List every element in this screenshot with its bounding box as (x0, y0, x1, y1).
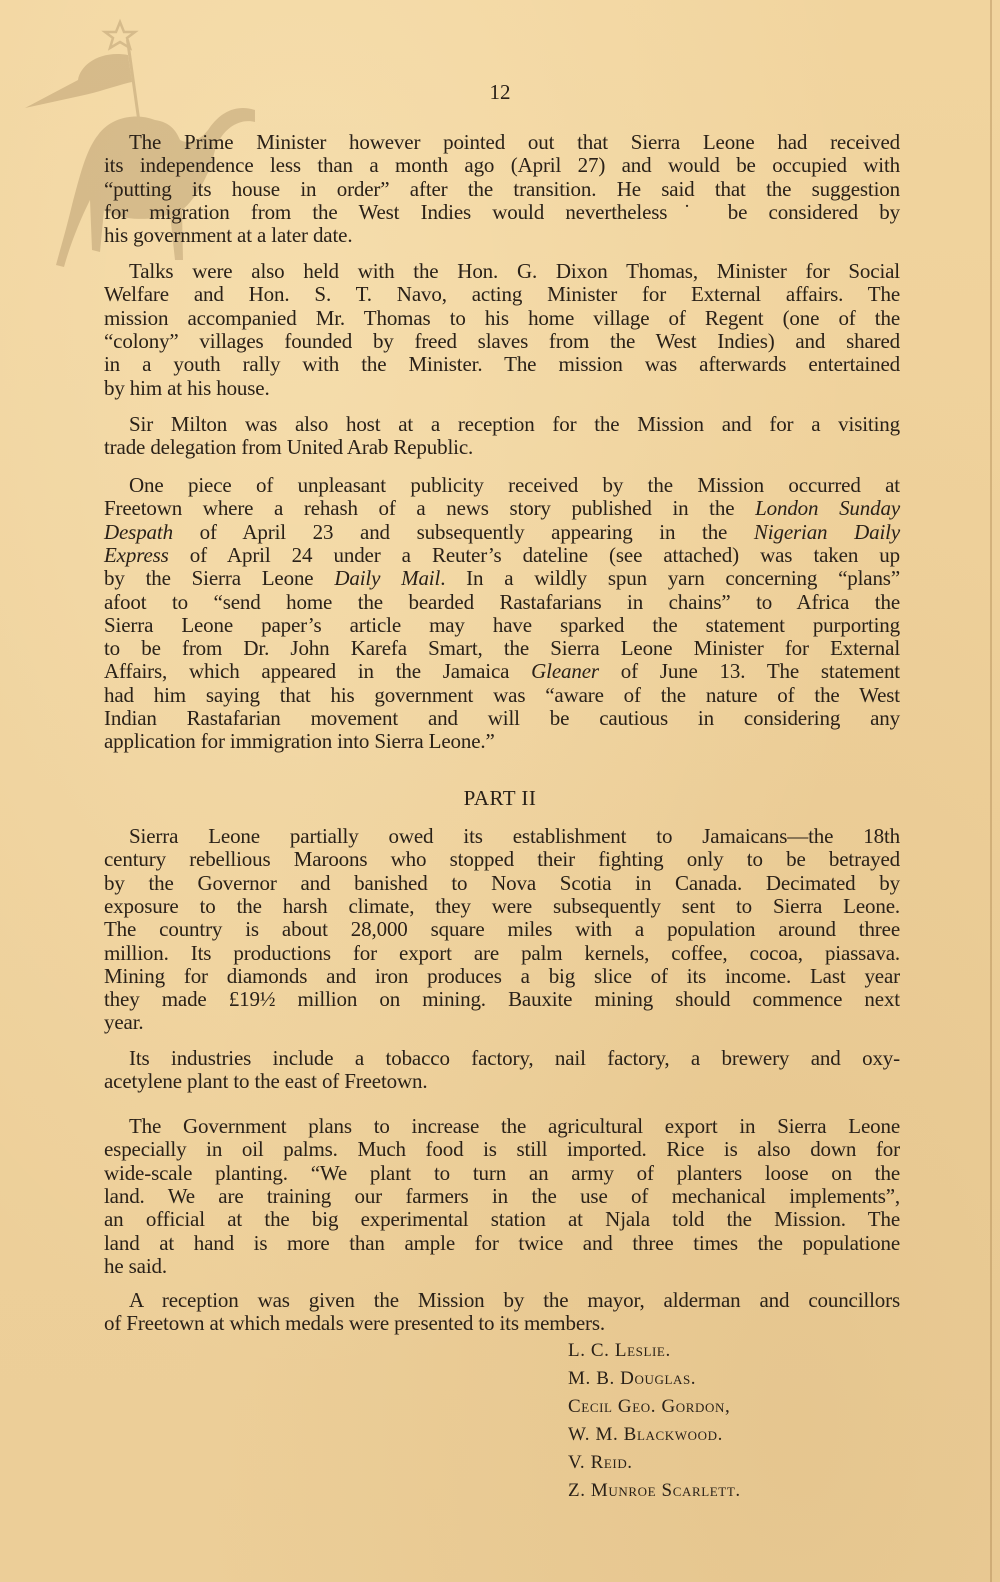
text-line: he said. (104, 1255, 900, 1278)
text-line: Mining for diamonds and iron produces a … (104, 965, 900, 988)
text-line: Talks were also held with the Hon. G. Di… (129, 260, 900, 283)
text-line: by him at his house. (104, 377, 900, 400)
text-line: The Government plans to increase the agr… (129, 1115, 900, 1138)
text-line: The Prime Minister however pointed out t… (129, 131, 900, 154)
text-line: afoot to “send home the bearded Rastafar… (104, 591, 900, 614)
text-line: “putting its house in order” after the t… (104, 178, 900, 201)
signatory-name: L. C. Leslie. (568, 1340, 671, 1362)
signatory-name: M. B. Douglas. (568, 1368, 696, 1390)
text-line: Sir Milton was also host at a reception … (129, 413, 900, 436)
text-line: The country is about 28,000 square miles… (104, 918, 900, 941)
text-line: Its industries include a tobacco factory… (129, 1047, 900, 1070)
text-line: One piece of unpleasant publicity receiv… (129, 474, 900, 497)
text-line: they made £19½ million on mining. Bauxit… (104, 988, 900, 1011)
text-line: land. We are training our farmers in the… (104, 1185, 900, 1208)
text-line: for migration from the West Indies would… (104, 201, 900, 224)
text-line: land at hand is more than ample for twic… (104, 1232, 900, 1255)
text-line: had him saying that his government was “… (104, 684, 900, 707)
text-line: trade delegation from United Arab Republ… (104, 436, 900, 459)
section-heading: PART II (0, 786, 1000, 811)
document-page: 12 The Prime Minister however pointed ou… (0, 0, 1000, 1582)
text-line: exposure to the harsh climate, they were… (104, 895, 900, 918)
text-line: million. Its productions for export are … (104, 942, 900, 965)
text-line: A reception was given the Mission by the… (129, 1289, 900, 1312)
text-line: wide-scale planting. “We plant to turn a… (104, 1162, 900, 1185)
text-line: by the Sierra Leone Daily Mail. In a wil… (104, 567, 900, 590)
signatory-name: V. Reid. (568, 1452, 633, 1474)
text-line: to be from Dr. John Karefa Smart, the Si… (104, 637, 900, 660)
text-line: his government at a later date. (104, 224, 900, 247)
text-line: its independence less than a month ago (… (104, 154, 900, 177)
text-line: Affairs, which appeared in the Jamaica G… (104, 660, 900, 683)
text-line: year. (104, 1011, 900, 1034)
signatory-name: W. M. Blackwood. (568, 1424, 723, 1446)
text-line: Welfare and Hon. S. T. Navo, acting Mini… (104, 283, 900, 306)
text-line: “colony” villages founded by freed slave… (104, 330, 900, 353)
text-line: Freetown where a rehash of a news story … (104, 497, 900, 520)
text-line: of Freetown at which medals were present… (104, 1312, 900, 1335)
text-line: Sierra Leone paper’s article may have sp… (104, 614, 900, 637)
text-line: by the Governor and banished to Nova Sco… (104, 872, 900, 895)
signatory-name: Cecil Geo. Gordon, (568, 1396, 730, 1418)
text-line: century rebellious Maroons who stopped t… (104, 848, 900, 871)
signatory-name: Z. Munroe Scarlett. (568, 1480, 741, 1502)
text-line: an official at the big experimental stat… (104, 1208, 900, 1231)
text-line: application for immigration into Sierra … (104, 730, 900, 753)
text-line: mission accompanied Mr. Thomas to his ho… (104, 307, 900, 330)
text-line: in a youth rally with the Minister. The … (104, 353, 900, 376)
text-line: Despath of April 23 and subsequently app… (104, 521, 900, 544)
text-line: Express of April 24 under a Reuter’s dat… (104, 544, 900, 567)
text-line: especially in oil palms. Much food is st… (104, 1138, 900, 1161)
text-line: acetylene plant to the east of Freetown. (104, 1070, 900, 1093)
text-line: Indian Rastafarian movement and will be … (104, 707, 900, 730)
page-number: 12 (0, 80, 1000, 105)
text-line: Sierra Leone partially owed its establis… (129, 825, 900, 848)
